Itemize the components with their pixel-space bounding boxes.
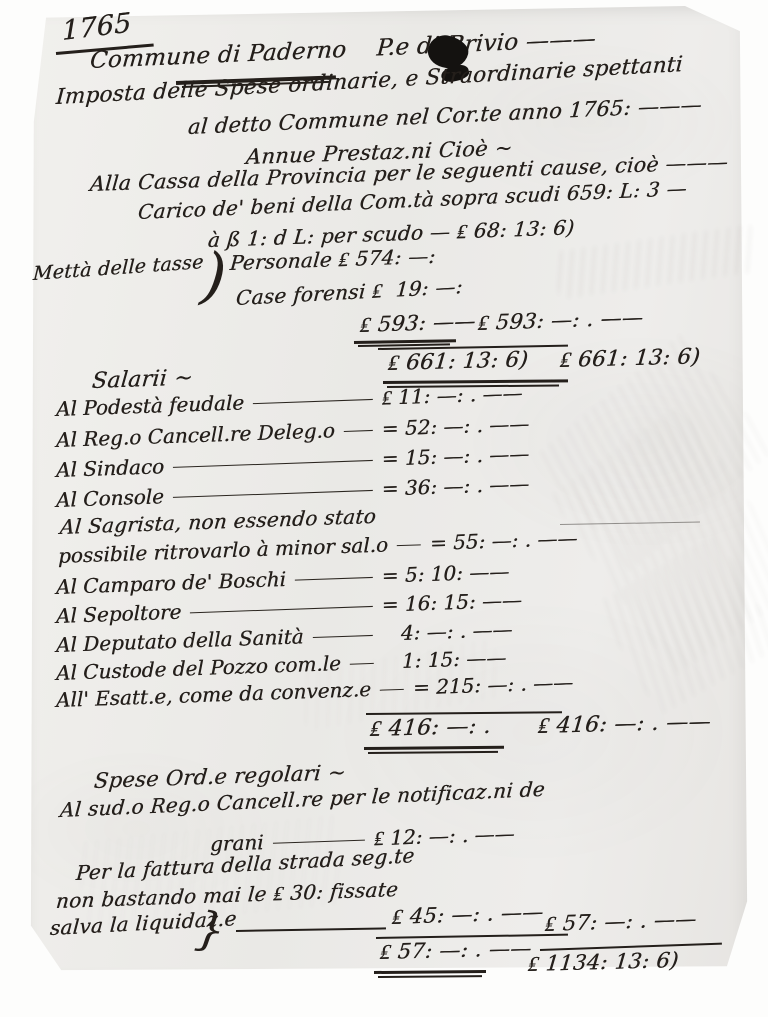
salary-label: Al Console: [56, 484, 164, 512]
leader-line: [350, 663, 374, 665]
total-661-left: ₤ 661: 13: 6): [387, 347, 529, 376]
manuscript-page: 1765 Commune di Paderno P.e di Brivio ——…: [0, 0, 768, 1017]
leader-line: [344, 430, 373, 432]
leader-line: [273, 840, 365, 844]
leader-line: [313, 635, 373, 638]
grand-total: ₤ 1134: 13: 6): [527, 948, 680, 977]
total-661-right: ₤ 661: 13: 6): [559, 344, 701, 373]
total-416-left: ₤ 416: —: .: [369, 713, 493, 742]
sum-rule: [378, 975, 482, 977]
leader-line: [173, 490, 373, 498]
salary-label: Al Sindaco: [56, 454, 164, 482]
salarii-heading: Salarii ~: [91, 365, 194, 394]
subtotal-593-left: ₤ 593: ——: [359, 309, 477, 338]
leader-line: [380, 689, 404, 691]
leader-line: [295, 577, 373, 581]
sum-rule: [374, 970, 486, 974]
total-416-right: ₤ 416: —: . ——: [537, 708, 712, 739]
sum-57-left: ₤ 57: —: . ——: [379, 936, 533, 965]
leader-line: [190, 606, 372, 613]
leader-line: [253, 399, 373, 404]
leader-line: [173, 460, 373, 468]
salary-label: Al Sepoltore: [56, 600, 181, 628]
salary-label: Al Podestà feudale: [56, 390, 244, 421]
leader-line: [397, 544, 421, 546]
